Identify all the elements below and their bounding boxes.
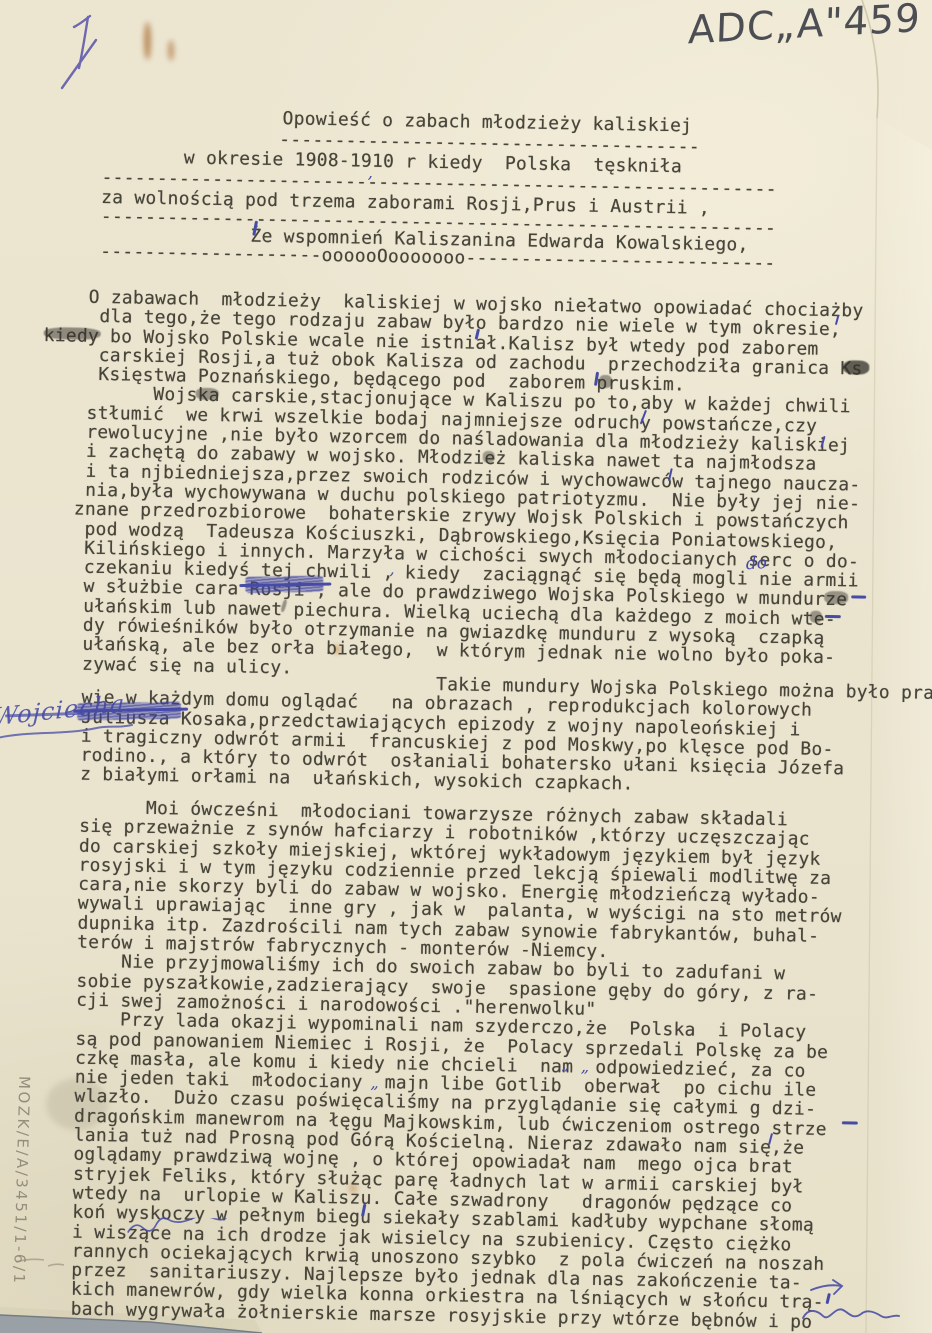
typed-block-3: Moi ówcześni młodociani towarzysze różny… <box>26 797 843 1332</box>
ink-dash <box>842 1121 858 1124</box>
handwritten-archive-code: ADC„A"459 <box>687 0 928 53</box>
handwritten-page-number <box>50 8 120 98</box>
handwritten-insertion-do: do <box>745 553 767 574</box>
rust-stain <box>168 40 174 61</box>
typed-text-layer: Opowieść o zabach młodzieży kaliskiej --… <box>26 95 908 1333</box>
rust-stain <box>144 22 151 60</box>
typed-block-2: Takie mundury Wojska Polskiego można był… <box>36 668 932 800</box>
document-scan-page: ADC„A"459 MOZK/E/A/3451/1-6/1 Opowieść o… <box>0 0 932 1333</box>
typed-block-1: O zabawach młodzieży kaliskiej w wojsko … <box>38 287 864 687</box>
